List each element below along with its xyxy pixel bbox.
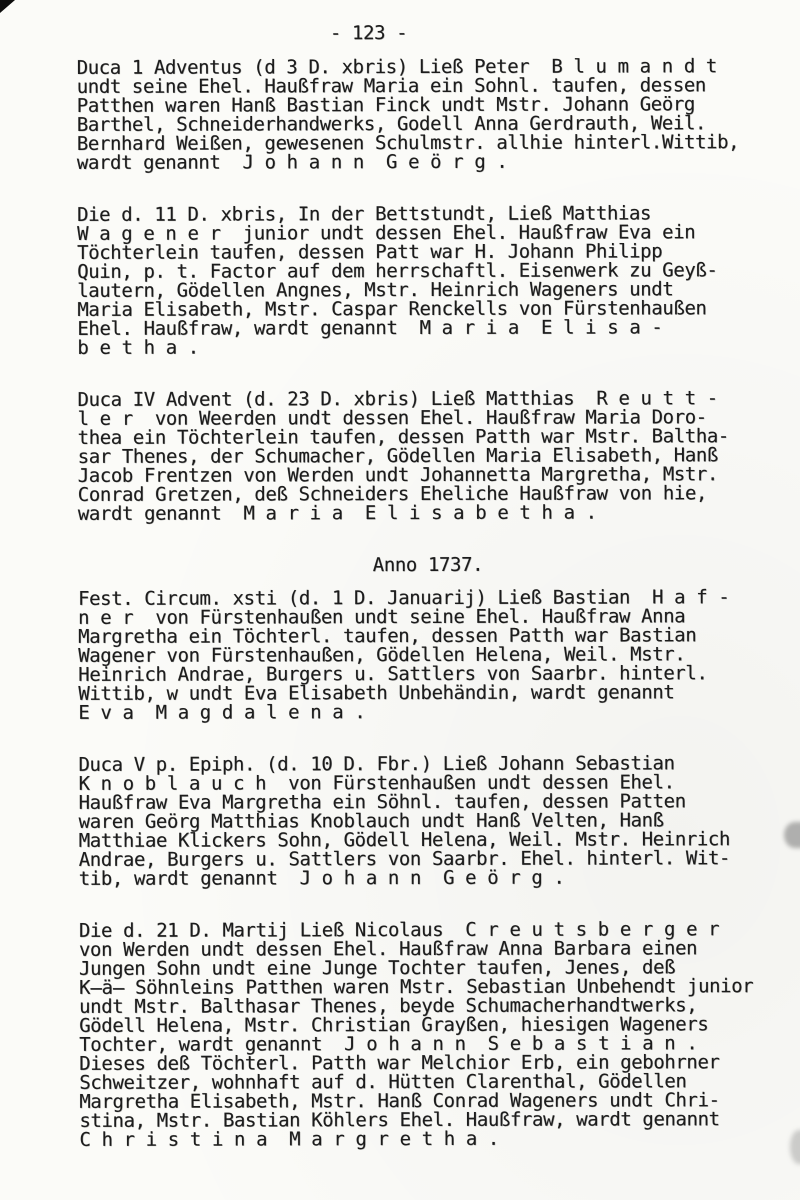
scanned-register-page: - 123 - Duca 1 Adventus (d 3 D. xbris) L… (0, 0, 800, 1200)
baptism-entry-hafner: Fest. Circum. xsti (d. 1 D. Januarij) Li… (78, 588, 794, 723)
baptism-entry-knoblauch: Duca V p. Epiph. (d. 10 D. Fbr.) Ließ Jo… (78, 754, 794, 889)
scan-artifact-corner (0, 0, 15, 13)
page-content: - 123 - Duca 1 Adventus (d 3 D. xbris) L… (76, 0, 795, 1150)
page-number: - 123 - (11, 23, 727, 44)
anno-1737-heading: Anno 1737. (70, 555, 786, 576)
baptism-entry-creutsberger: Die d. 21 D. Martij Ließ Nicolaus C r e … (79, 920, 796, 1150)
baptism-entry-reuttler: Duca IV Advent (d. 23 D. xbris) Ließ Mat… (78, 389, 794, 524)
baptism-entry-blumandt: Duca 1 Adventus (d 3 D. xbris) Ließ Pete… (77, 57, 793, 173)
baptism-entry-wagener: Die d. 11 D. xbris, In der Bettstundt, L… (77, 204, 793, 358)
